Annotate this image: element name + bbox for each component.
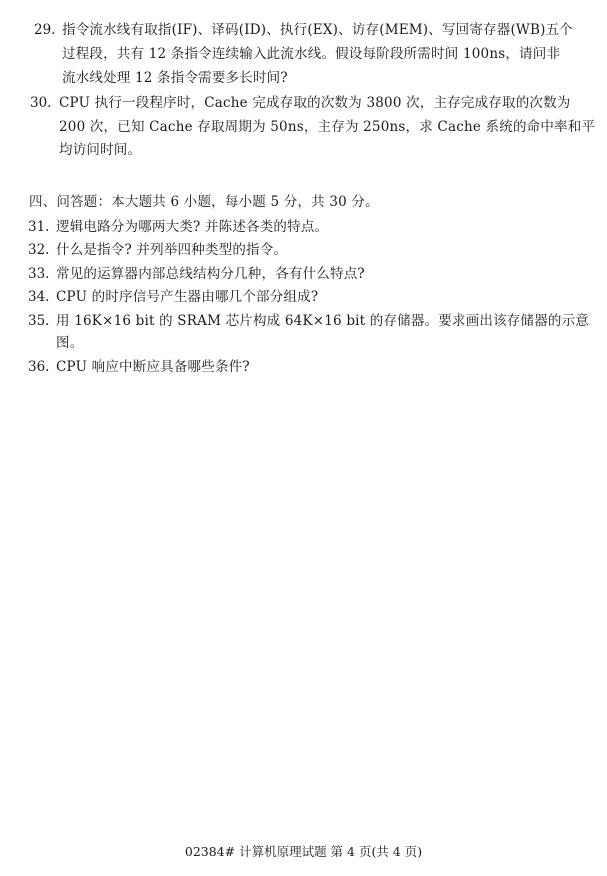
question-text: CPU 的时序信号产生器由哪几个部分组成? bbox=[56, 288, 318, 306]
question-text: 逻辑电路分为哪两大类? 并陈述各类的特点。 bbox=[56, 218, 328, 236]
question-text: CPU 响应中断应具备哪些条件? bbox=[56, 358, 250, 376]
question-text: 流水线处理 12 条指令需要多长时间? bbox=[62, 69, 288, 87]
question-text: 过程段，共有 12 条指令连续输入此流水线。假设每阶段所需时间 100ns，请问… bbox=[62, 45, 560, 63]
question-text: 图。 bbox=[56, 334, 83, 352]
question-text: 均访问时间。 bbox=[59, 141, 141, 159]
question-number: 31. bbox=[28, 218, 49, 236]
question-text: 200 次，已知 Cache 存取周期为 50ns，主存为 250ns，求 Ca… bbox=[59, 118, 595, 136]
question-number: 34. bbox=[28, 288, 49, 306]
question-number: 35. bbox=[28, 312, 49, 330]
question-text: 什么是指令? 并列举四种类型的指令。 bbox=[56, 241, 287, 259]
question-number: 29. bbox=[34, 21, 55, 39]
question-number: 32. bbox=[28, 241, 49, 259]
section-header: 四、问答题：本大题共 6 小题，每小题 5 分，共 30 分。 bbox=[29, 193, 379, 211]
question-text: CPU 执行一段程序时，Cache 完成存取的次数为 3800 次，主存完成存取… bbox=[59, 94, 571, 112]
question-number: 33. bbox=[28, 265, 49, 283]
question-text: 指令流水线有取指(IF)、译码(ID)、执行(EX)、访存(MEM)、写回寄存器… bbox=[62, 21, 573, 39]
question-number: 30. bbox=[30, 94, 51, 112]
page-footer: 02384# 计算机原理试题 第 4 页(共 4 页) bbox=[0, 844, 607, 860]
question-text: 用 16K×16 bit 的 SRAM 芯片构成 64K×16 bit 的存储器… bbox=[56, 312, 589, 330]
question-number: 36. bbox=[28, 358, 49, 376]
question-text: 常见的运算器内部总线结构分几种，各有什么特点? bbox=[56, 265, 365, 283]
